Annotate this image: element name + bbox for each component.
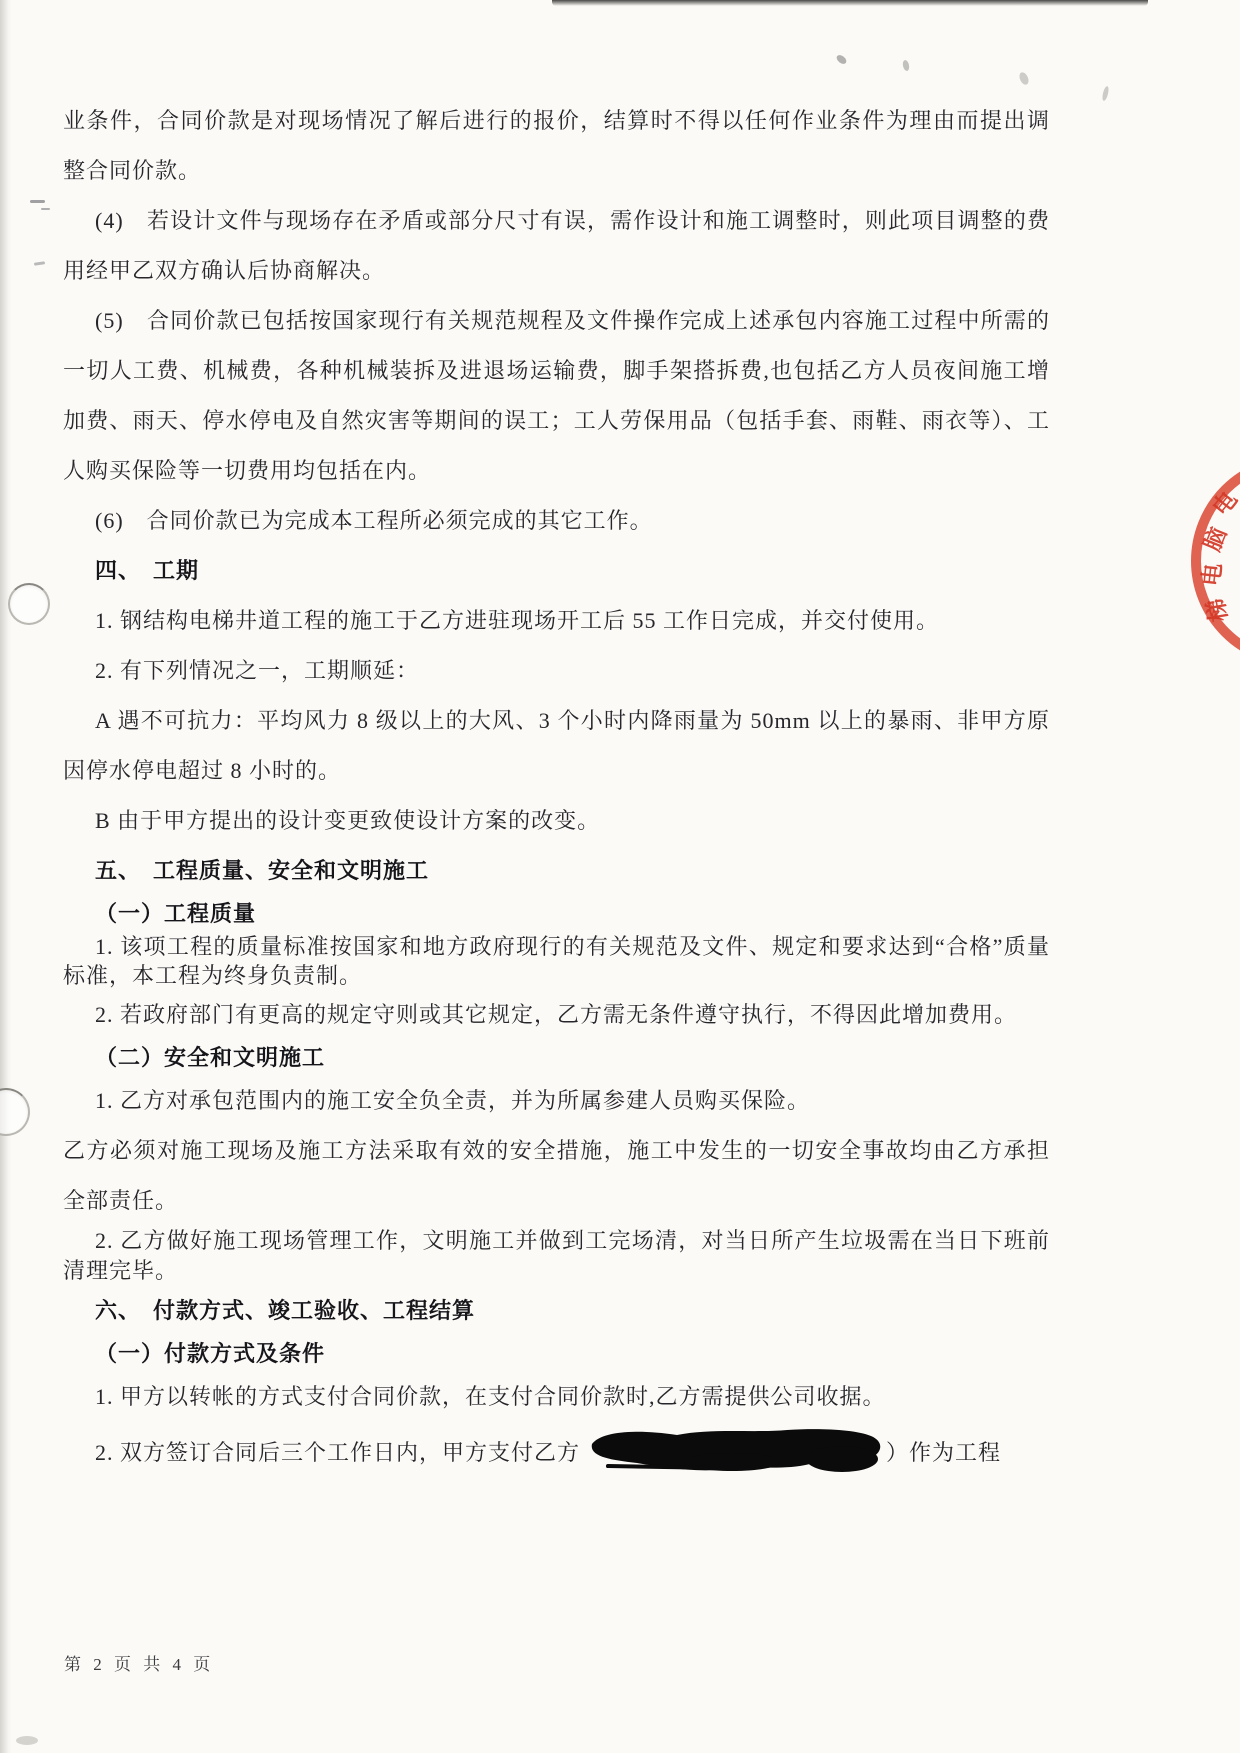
scan-pen-mark <box>41 208 50 210</box>
subheading-quality: （一）工程质量 <box>63 896 1050 932</box>
duration-item-2a: A 遇不可抗力：平均风力 8 级以上的大风、3 个小时内降雨量为 50mm 以上… <box>63 696 1050 796</box>
safety-item-1: 1. 乙方对承包范围内的施工安全负全责，并为所属参建人员购买保险。 <box>63 1076 1050 1126</box>
page-number-footer: 第 2 页 共 4 页 <box>64 1650 214 1675</box>
hole-punch <box>0 1088 30 1136</box>
clause-5: (5) 合同价款已包括按国家现行有关规范规程及文件操作完成上述承包内容施工过程中… <box>63 296 1050 496</box>
redaction-bar <box>582 1422 884 1474</box>
heading-section-6-payment: 六、 付款方式、竣工验收、工程结算 <box>63 1286 1050 1336</box>
seal-character: 电 <box>1203 483 1240 521</box>
seal-character: 电 <box>1193 561 1228 587</box>
payment-item-2-text-after-redaction: ）作为工程 <box>886 1440 1001 1465</box>
paragraph-contract-price-continued: 业条件，合同价款是对现场情况了解后进行的报价，结算时不得以任何作业条件为理由而提… <box>63 96 1050 196</box>
scan-top-edge-strip <box>552 0 1148 6</box>
scanned-contract-page: 电 脑 电 梯 业条件，合同价款是对现场情况了解后进行的报价，结算时不得以任何作… <box>0 0 1240 1753</box>
scan-smudge <box>16 1736 38 1745</box>
seal-character: 梯 <box>1197 596 1233 624</box>
seal-character: 脑 <box>1194 522 1233 556</box>
scan-smudge <box>835 53 848 65</box>
scan-pen-mark <box>34 261 45 266</box>
hole-punch <box>8 583 50 625</box>
payment-item-2-text-before-redaction: 2. 双方签订合同后三个工作日内，甲方支付乙方 <box>95 1440 580 1465</box>
scan-smudge <box>1101 86 1109 102</box>
payment-item-1: 1. 甲方以转帐的方式支付合同价款，在支付合同价款时,乙方需提供公司收据。 <box>63 1372 1050 1422</box>
company-seal-stamp: 电 脑 电 梯 <box>1185 450 1240 670</box>
clause-4: (4) 若设计文件与现场存在矛盾或部分尺寸有误，需作设计和施工调整时，则此项目调… <box>63 196 1050 296</box>
scan-left-edge-shadow <box>0 0 12 1753</box>
heading-section-5-quality-safety: 五、 工程质量、安全和文明施工 <box>63 846 1050 896</box>
duration-item-1: 1. 钢结构电梯井道工程的施工于乙方进驻现场开工后 55 工作日完成，并交付使用… <box>63 596 1050 646</box>
payment-item-2: 2. 双方签订合同后三个工作日内，甲方支付乙方）作为工程 <box>63 1422 1050 1478</box>
duration-item-2b: B 由于甲方提出的设计变更致使设计方案的改变。 <box>63 796 1050 846</box>
quality-item-2: 2. 若政府部门有更高的规定守则或其它规定，乙方需无条件遵守执行，不得因此增加费… <box>63 990 1050 1040</box>
safety-item-2: 2. 乙方做好施工现场管理工作，文明施工并做到工完场清，对当日所产生垃圾需在当日… <box>63 1226 1050 1286</box>
clause-6: (6) 合同价款已为完成本工程所必须完成的其它工作。 <box>63 496 1050 546</box>
contract-text-column: 业条件，合同价款是对现场情况了解后进行的报价，结算时不得以任何作业条件为理由而提… <box>63 96 1050 1478</box>
seal-ring <box>1191 455 1240 667</box>
scan-smudge <box>902 59 910 71</box>
subheading-safety: （二）安全和文明施工 <box>63 1040 1050 1076</box>
subheading-payment-terms: （一）付款方式及条件 <box>63 1336 1050 1372</box>
safety-responsibility-paragraph: 乙方必须对施工现场及施工方法采取有效的安全措施，施工中发生的一切安全事故均由乙方… <box>63 1126 1050 1226</box>
quality-item-1: 1. 该项工程的质量标准按国家和地方政府现行的有关规范及文件、规定和要求达到“合… <box>63 932 1050 990</box>
duration-item-2: 2. 有下列情况之一，工期顺延： <box>63 646 1050 696</box>
heading-section-4-duration: 四、 工期 <box>63 546 1050 596</box>
scan-smudge <box>1018 71 1031 86</box>
scan-pen-mark <box>30 200 45 203</box>
